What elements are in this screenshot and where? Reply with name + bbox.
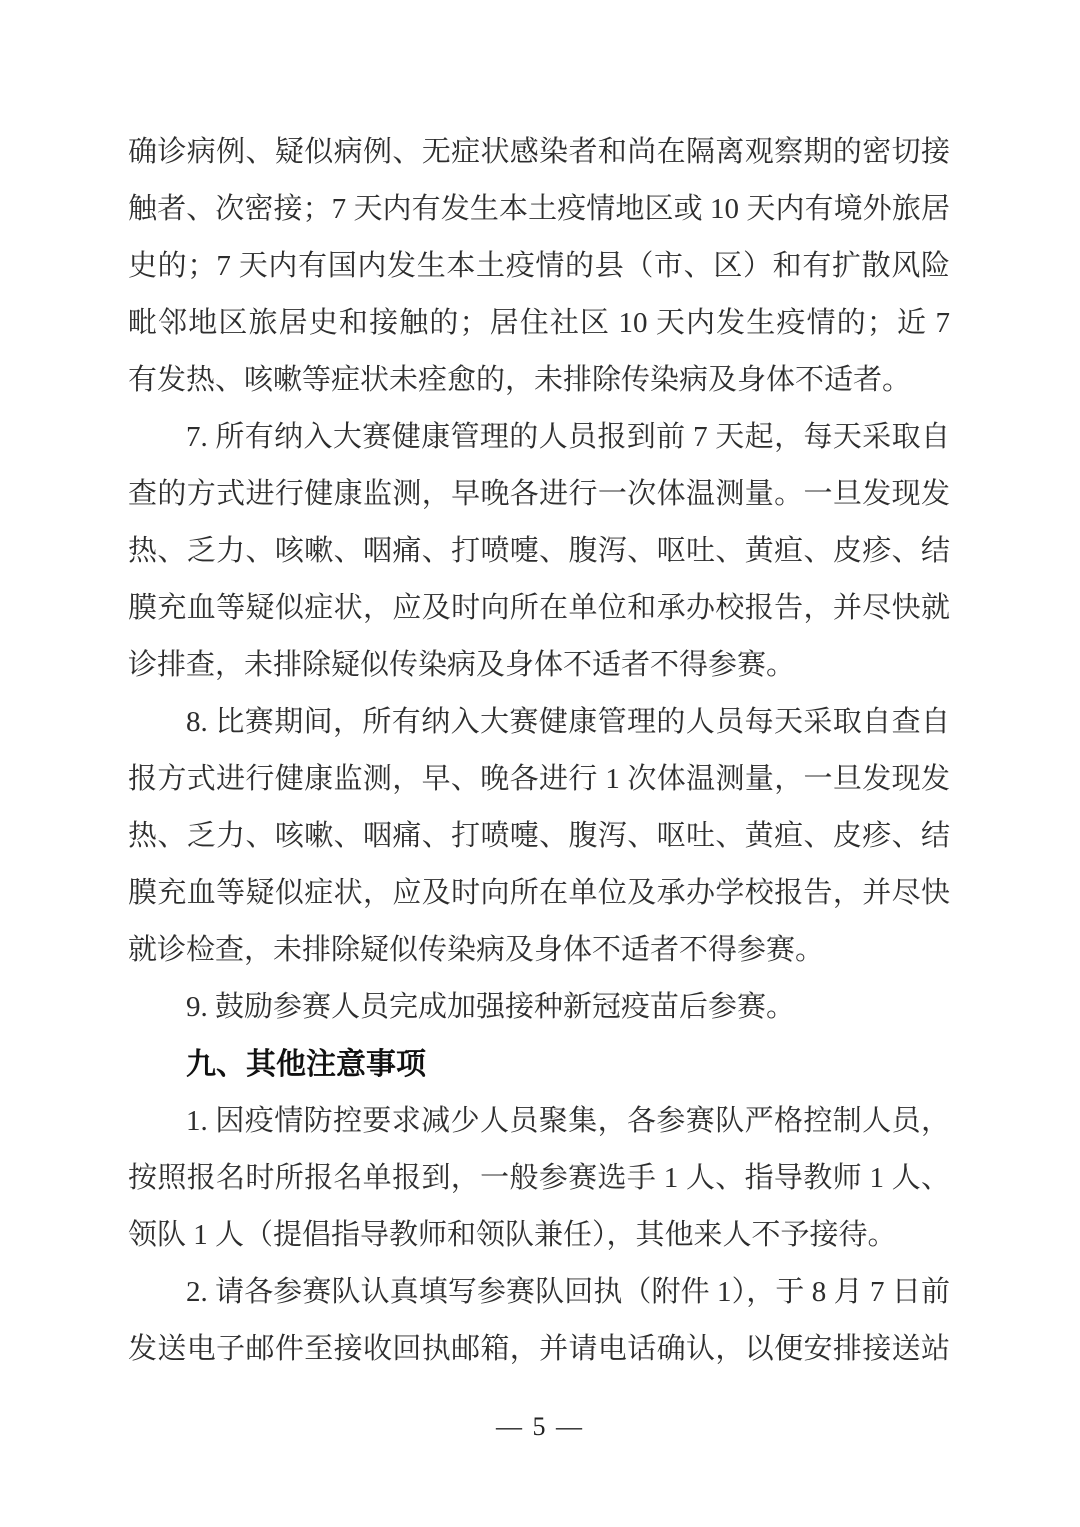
text-line: 触者、次密接；7 天内有发生本土疫情地区或 10 天内有境外旅居 <box>128 181 950 238</box>
text-line: 按照报名时所报名单报到，一般参赛选手 1 人、指导教师 1 人、 <box>128 1150 950 1207</box>
text-line: 确诊病例、疑似病例、无症状感染者和尚在隔离观察期的密切接 <box>128 124 950 181</box>
text-line: 就诊检查，未排除疑似传染病及身体不适者不得参赛。 <box>128 922 950 979</box>
text-line: 膜充血等疑似症状，应及时向所在单位和承办校报告，并尽快就 <box>128 580 950 637</box>
text-line: 2. 请各参赛队认真填写参赛队回执（附件 1），于 8 月 7 日前 <box>128 1264 950 1321</box>
text-line: 热、乏力、咳嗽、咽痛、打喷嚏、腹泻、呕吐、黄疸、皮疹、结 <box>128 523 950 580</box>
text-line: 1. 因疫情防控要求减少人员聚集，各参赛队严格控制人员， <box>128 1093 950 1150</box>
text-line: 热、乏力、咳嗽、咽痛、打喷嚏、腹泻、呕吐、黄疸、皮疹、结 <box>128 808 950 865</box>
text-line: 报方式进行健康监测，早、晚各进行 1 次体温测量，一旦发现发 <box>128 751 950 808</box>
text-line: 领队 1 人（提倡指导教师和领队兼任），其他来人不予接待。 <box>128 1207 950 1264</box>
section-heading: 九、其他注意事项 <box>128 1036 950 1093</box>
text-line: 有发热、咳嗽等症状未痊愈的，未排除传染病及身体不适者。 <box>128 352 950 409</box>
text-line: 8. 比赛期间，所有纳入大赛健康管理的人员每天采取自查自 <box>128 694 950 751</box>
page-number: — 5 — <box>0 1404 1080 1450</box>
text-line: 发送电子邮件至接收回执邮箱，并请电话确认，以便安排接送站 <box>128 1321 950 1378</box>
text-line: 查的方式进行健康监测，早晚各进行一次体温测量。一旦发现发 <box>128 466 950 523</box>
text-line: 膜充血等疑似症状，应及时向所在单位及承办学校报告，并尽快 <box>128 865 950 922</box>
document-text-block: 确诊病例、疑似病例、无症状感染者和尚在隔离观察期的密切接 触者、次密接；7 天内… <box>128 124 950 1378</box>
text-line: 诊排查，未排除疑似传染病及身体不适者不得参赛。 <box>128 637 950 694</box>
text-line: 7. 所有纳入大赛健康管理的人员报到前 7 天起，每天采取自 <box>128 409 950 466</box>
document-page: 确诊病例、疑似病例、无症状感染者和尚在隔离观察期的密切接 触者、次密接；7 天内… <box>0 0 1080 1527</box>
text-line: 毗邻地区旅居史和接触的；居住社区 10 天内发生疫情的；近 7 天 <box>128 295 950 352</box>
text-line: 史的；7 天内有国内发生本土疫情的县（市、区）和有扩散风险的 <box>128 238 950 295</box>
text-line: 9. 鼓励参赛人员完成加强接种新冠疫苗后参赛。 <box>128 979 950 1036</box>
